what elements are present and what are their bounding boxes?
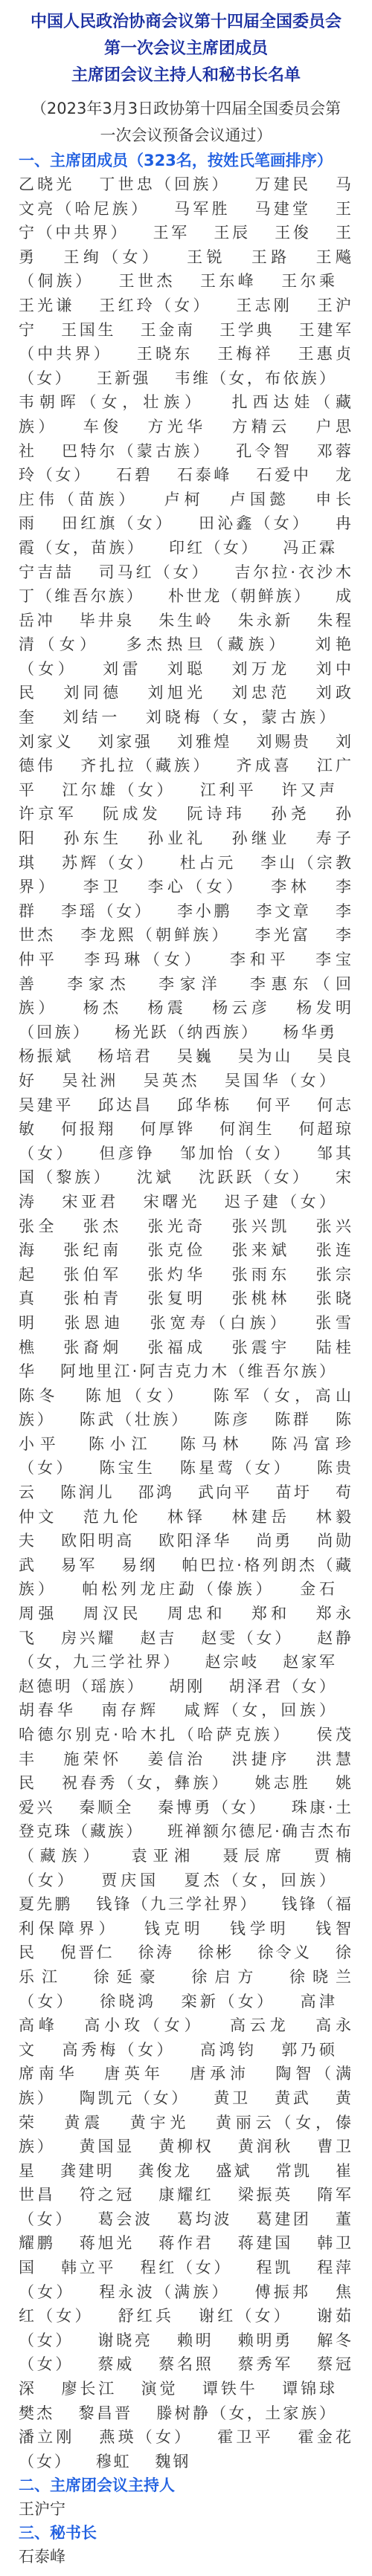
member-name: 谢红（女）: [199, 2307, 292, 2325]
member-name: 傅振邦: [255, 2283, 312, 2301]
member-name: 滕树静（女，土家族）: [156, 2404, 337, 2422]
member-name: 张纪南: [63, 1241, 122, 1259]
member-name: 杨振斌: [19, 1047, 74, 1065]
member-name: 杜占元: [180, 854, 237, 872]
member-name: 冯正霖: [283, 539, 337, 557]
member-name: 王志刚: [236, 297, 292, 314]
member-name: 万建民: [255, 175, 312, 193]
member-name: 夏先鹏: [19, 1895, 72, 1913]
member-name: 易纲: [121, 1556, 158, 1574]
member-name: 刘雅煌: [177, 733, 232, 751]
member-name: 苗圩: [276, 1483, 312, 1501]
member-name: 田沁鑫（女）: [199, 514, 311, 532]
member-name: 齐成喜: [236, 757, 292, 774]
member-name: 石泰峰: [177, 466, 232, 484]
member-name: 方精云: [232, 418, 291, 436]
member-name: 高小玫（女）: [84, 2016, 204, 2034]
member-name: 张灼华: [147, 1266, 206, 1284]
member-name: 吴社洲: [62, 1072, 118, 1090]
member-name: 王辰: [214, 224, 250, 242]
member-name: 杨杰: [83, 999, 123, 1017]
document-page: 中国人民政治协商会议第十四届全国委员会 第一次会议主席团成员 主席团会议主持人和…: [0, 0, 372, 2576]
member-name: 阿地里江·阿吉克力木（维吾尔族）: [60, 1362, 337, 1380]
member-name: 陶凯元（女）: [80, 2089, 190, 2107]
member-name: 演觉: [141, 2380, 179, 2398]
member-name: 车俊: [83, 418, 123, 436]
presidium-member-list: 乙晓光 丁世忠（回族） 万建民 马文亮（哈尼族） 马军胜 马建堂 王宁（中共界）…: [19, 172, 353, 2473]
section-heading-meeting-host: 二、主席团会议主持人: [19, 2473, 353, 2497]
member-name: 陈马林: [180, 1435, 244, 1453]
member-name: 唐承沛: [190, 2065, 250, 2083]
member-name: 王尔乘: [281, 272, 337, 290]
member-name: 巴特尔（蒙古族）: [62, 442, 211, 460]
member-name: 王新强: [97, 369, 151, 387]
member-name: 李光富: [255, 926, 312, 944]
member-name: 潘立刚: [19, 2428, 75, 2446]
member-name: 蒋建国: [238, 2234, 293, 2252]
member-name: 刘家义: [19, 733, 74, 751]
member-name: 钱克明: [144, 1920, 205, 1938]
title-line-3: 主席团会议主持人和秘书长名单: [19, 62, 353, 89]
member-name: 帕松列龙庄勐（傣族）: [82, 1580, 275, 1598]
member-name: 江尔雄（女）: [62, 781, 175, 799]
member-name: 周汉民: [83, 1605, 142, 1622]
member-name: 龚俊龙: [138, 2162, 193, 2180]
member-name: 赖明: [177, 2331, 214, 2349]
member-name: 马军胜: [174, 200, 231, 218]
member-name: 吴建平: [19, 1096, 74, 1114]
member-name: 葛均波: [177, 2210, 232, 2228]
member-name: 谭铁牛: [202, 2380, 258, 2398]
member-name: 卢国懿: [230, 491, 290, 508]
member-name: 胡春华: [19, 1701, 77, 1719]
member-name: 迟子建（女）: [225, 1193, 337, 1211]
member-name: 许又声: [281, 781, 337, 799]
member-name: 钱学明: [230, 1920, 290, 1938]
member-name: 咸辉（女，回族）: [185, 1701, 337, 1719]
member-name: 王晓东: [137, 345, 193, 363]
member-name: 印红（女）: [169, 539, 259, 557]
member-name: 苏辉（女）: [62, 854, 155, 872]
member-name: 王世杰: [119, 272, 176, 290]
member-name: 李家杰: [67, 975, 131, 993]
member-name: 孙业礼: [147, 829, 206, 847]
member-name: 康耀红: [158, 2186, 214, 2204]
member-name: 王光谦: [19, 297, 75, 314]
member-name: 赵吉: [141, 1629, 177, 1647]
member-name: 韩立平: [61, 2259, 116, 2276]
member-name: 韦朝晖（女，壮族）: [19, 393, 205, 411]
member-name: 方光华: [147, 418, 206, 436]
member-name: 龚建明: [60, 2162, 115, 2180]
member-name: 赵雯（女）: [201, 1629, 293, 1647]
member-name: 祝春秀（女，彝族）: [62, 1774, 231, 1792]
member-name: 何润生: [219, 1120, 275, 1138]
member-name: 李和平: [230, 951, 290, 968]
member-name: 蔡秀军: [238, 2355, 293, 2373]
member-name: 李家洋: [158, 975, 222, 993]
member-name: 陈润儿: [60, 1483, 115, 1501]
member-name: 石爱中: [257, 466, 312, 484]
member-name: 刘万龙: [232, 660, 291, 678]
member-name: 张全: [19, 1217, 58, 1235]
member-name: 杨华勇: [283, 1023, 337, 1041]
member-name: 葛建团: [257, 2210, 312, 2228]
member-name: 吴为山: [238, 1047, 293, 1065]
member-name: 谢晓亮: [98, 2331, 153, 2349]
member-name: 赖明勇: [238, 2331, 293, 2349]
member-name: 王学典: [219, 321, 275, 339]
section-meeting-host: 二、主席团会议主持人 王沪宁: [19, 2473, 353, 2521]
member-name: 程永波（满族）: [99, 2283, 230, 2301]
member-name: 杨培君: [98, 1047, 153, 1065]
member-name: 张柏青: [63, 1289, 122, 1307]
member-name: 程红（女）: [141, 2259, 233, 2276]
member-name: 周强: [19, 1605, 58, 1622]
member-name: 易军: [61, 1556, 97, 1574]
member-name: 张震宇: [232, 1339, 291, 1356]
member-name: 毕井泉: [80, 612, 135, 630]
member-name: 李龙熙（朝鲜族）: [80, 926, 230, 944]
member-name: 高秀梅（女）: [62, 2041, 175, 2059]
member-name: 贾庆国: [101, 1871, 159, 1889]
member-name: 韦维（女，布依族）: [175, 369, 337, 387]
member-name: 黄柳权: [158, 2138, 214, 2155]
member-name: 金石: [300, 1580, 337, 1598]
member-name: 徐令义: [257, 1944, 312, 1961]
member-name: 施荣怀: [63, 1750, 122, 1768]
member-name: 朴世龙（朝鲜族）: [168, 587, 312, 605]
member-name: 李心（女）: [147, 878, 246, 896]
section-heading-presidium: 一、主席团成员（323名，按姓氏笔画排序）: [19, 149, 353, 172]
member-name: 黎昌晋: [79, 2404, 133, 2422]
member-name: 李文章: [257, 902, 312, 920]
member-name: 蒋作君: [158, 2234, 214, 2252]
member-name: 魏钢: [155, 2453, 190, 2470]
member-name: 樊杰: [19, 2404, 55, 2422]
member-name: 齐扎拉（藏族）: [80, 757, 211, 774]
member-name: 孙尧: [271, 805, 310, 823]
member-name: 何报翔: [61, 1120, 116, 1138]
member-name: 阮诗玮: [187, 805, 246, 823]
member-name: 高峰: [19, 2016, 59, 2034]
member-name: 王国生: [61, 321, 116, 339]
member-name: 刘忠范: [232, 684, 291, 702]
title-line-2: 第一次会议主席团成员: [19, 36, 353, 62]
member-name: 哈德尔别克·哈木扎（哈萨克族）: [19, 1726, 292, 1744]
member-name: 何平: [257, 1096, 293, 1114]
member-name: 高云龙: [230, 2016, 290, 2034]
member-name: 洪捷序: [232, 1750, 291, 1768]
member-name: 王绚（女）: [63, 248, 161, 266]
member-name: 廖长江: [61, 2380, 117, 2398]
member-name: 徐涛: [138, 1944, 174, 1961]
member-name: 倪晋仁: [60, 1944, 115, 1961]
member-name: 张兴凯: [232, 1217, 291, 1235]
member-name: 房兴耀: [61, 1629, 116, 1647]
member-name: 陈旭（女）: [86, 1387, 187, 1405]
member-name: 高鸿钧: [200, 2041, 257, 2059]
member-name: 刘晓梅（女，蒙古族）: [146, 708, 337, 726]
member-name: 李林: [271, 878, 310, 896]
section-heading-secretary-general: 三、秘书长: [19, 2521, 353, 2545]
member-name: 袁亚湘: [132, 1847, 196, 1865]
member-name: 张伯军: [63, 1266, 122, 1284]
member-name: 姜信治: [147, 1750, 206, 1768]
member-name: 徐启方: [191, 1968, 260, 1986]
member-name: 王东峰: [200, 272, 257, 290]
section-presidium-members: 一、主席团成员（323名，按姓氏笔画排序） 乙晓光 丁世忠（回族） 万建民 马文…: [19, 149, 353, 2473]
member-name: 程凯: [257, 2259, 293, 2276]
member-name: 王军: [153, 224, 190, 242]
member-name: 多杰热旦（藏族）: [126, 635, 289, 653]
member-name: 黄武: [275, 2089, 311, 2107]
member-name: 席南华: [19, 2065, 79, 2083]
member-name: 欧阳明高: [61, 1532, 135, 1550]
member-name: 李小鹏: [177, 902, 232, 920]
member-name: 盛斌: [216, 2162, 251, 2180]
member-name: 徐晓鸿: [100, 1993, 156, 2010]
member-name: 刘雷: [103, 660, 142, 678]
member-name: 刘聪: [167, 660, 207, 678]
member-name: 黄宇光: [130, 2114, 190, 2132]
member-name: 司马红（女）: [99, 563, 211, 581]
member-name: 陈群: [275, 1411, 311, 1428]
member-name: 刘赐贵: [257, 733, 312, 751]
member-name: 栾新（女）: [182, 1993, 276, 2010]
member-name: 秦博勇（女）: [158, 1799, 267, 1816]
member-name: 但彦铮: [99, 1145, 155, 1162]
member-name: 张来斌: [232, 1241, 291, 1259]
member-name: 高津: [301, 1993, 337, 2010]
member-name: 乙晓光: [19, 175, 75, 193]
member-name: 聂辰席: [222, 1847, 286, 1865]
title-line-1: 中国人民政治协商会议第十四届全国委员会: [19, 9, 353, 36]
member-name: 秦顺全: [79, 1799, 134, 1816]
member-name: 沈斌: [137, 1168, 174, 1186]
member-name: 刘家强: [98, 733, 153, 751]
member-name: 武向平: [198, 1483, 252, 1501]
document-subtitle: （2023年3月3日政协第十四届全国委员会第一次会议预备会议通过）: [19, 95, 353, 149]
member-name: 张恩迪: [64, 1314, 124, 1332]
document-title: 中国人民政治协商会议第十四届全国委员会 第一次会议主席团成员 主席团会议主持人和…: [19, 9, 353, 89]
member-name: 王红玲（女）: [99, 297, 211, 314]
member-name: 陈彦: [214, 1411, 250, 1428]
member-name: 穆虹: [96, 2453, 132, 2470]
member-name: 黄国显: [80, 2138, 135, 2155]
member-name: 孔令智: [236, 442, 292, 460]
member-name: 赵宗岐: [205, 1653, 260, 1671]
member-name: 张克俭: [147, 1241, 206, 1259]
member-name: 陈宝生: [99, 1459, 155, 1477]
member-name: 王金南: [141, 321, 196, 339]
member-name: 林铎: [167, 1508, 207, 1526]
member-name: 刘结一: [63, 708, 121, 726]
member-name: 石碧: [116, 466, 153, 484]
member-name: 赵家军: [283, 1653, 337, 1671]
member-name: 梁振英: [238, 2186, 293, 2204]
member-name: 阮成发: [103, 805, 161, 823]
member-name: 郑和: [251, 1605, 291, 1622]
member-name: 吴国华（女）: [225, 1072, 337, 1090]
secretary-general-name: 石泰峰: [19, 2545, 353, 2569]
member-name: 尚勇: [257, 1532, 293, 1550]
member-name: 徐彬: [198, 1944, 234, 1961]
meeting-host-name: 王沪宁: [19, 2497, 353, 2521]
member-name: 吴英杰: [144, 1072, 200, 1090]
member-name: 林建岳: [232, 1508, 291, 1526]
member-name: 马建堂: [255, 200, 312, 218]
member-name: 张桃林: [232, 1289, 291, 1307]
member-name: 王俊: [275, 224, 311, 242]
member-name: 蒋旭光: [80, 2234, 135, 2252]
member-name: 李瑶（女）: [61, 902, 153, 920]
member-name: 卢柯: [164, 491, 205, 508]
member-name: 张杰: [83, 1217, 123, 1235]
member-name: 常凯: [276, 2162, 312, 2180]
member-name: 范九伦: [83, 1508, 142, 1526]
member-name: 黄润秋: [238, 2138, 293, 2155]
member-name: 孙继业: [232, 829, 291, 847]
member-name: 朱生岭: [158, 612, 214, 630]
member-name: 宁吉喆: [19, 563, 74, 581]
section-secretary-general: 三、秘书长 石泰峰: [19, 2521, 353, 2569]
member-name: 李卫: [83, 878, 123, 896]
member-name: 黄卫: [214, 2089, 250, 2107]
member-name: 郭乃硕: [281, 2041, 337, 2059]
member-name: 钱锋（九三学社界）: [96, 1895, 257, 1913]
member-name: 陈武（壮族）: [80, 1411, 190, 1428]
member-name: 宋曙光: [144, 1193, 200, 1211]
member-name: 王梅祥: [217, 345, 274, 363]
member-name: 胡刚: [169, 1677, 205, 1695]
member-name: 葛会波: [98, 2210, 153, 2228]
member-name: 霍卫平: [217, 2428, 274, 2446]
member-name: 王路: [251, 248, 291, 266]
member-name: 宋亚君: [62, 1193, 118, 1211]
member-name: 舒红兵: [118, 2307, 175, 2325]
member-name: 张雨东: [232, 1266, 291, 1284]
member-name: 黄震: [64, 2114, 104, 2132]
member-name: 张宽寿（白族）: [150, 1314, 290, 1332]
member-name: 邱华栋: [177, 1096, 232, 1114]
member-name: 欧阳泽华: [158, 1532, 232, 1550]
member-name: 江利平: [200, 781, 257, 799]
member-name: 孙东生: [63, 829, 122, 847]
member-name: 赵德明（瑶族）: [19, 1677, 145, 1695]
member-name: 胡泽君（女）: [229, 1677, 337, 1695]
member-name: 邱达昌: [98, 1096, 153, 1114]
member-name: 丁世忠（回族）: [99, 175, 230, 193]
member-name: 刘同德: [63, 684, 122, 702]
member-name: 李玛琳（女）: [84, 951, 204, 968]
member-name: 蔡威: [98, 2355, 135, 2373]
member-name: 张光奇: [147, 1217, 206, 1235]
member-name: 周忠和: [167, 1605, 226, 1622]
member-name: 张福成: [147, 1339, 206, 1356]
member-name: 邹加怡（女）: [180, 1145, 292, 1162]
member-name: 符之冠: [80, 2186, 135, 2204]
member-name: 燕瑛（女）: [99, 2428, 193, 2446]
member-name: 陈小江: [89, 1435, 153, 1453]
member-name: 南存辉: [101, 1701, 159, 1719]
member-name: 王锐: [187, 248, 226, 266]
member-name: 陈星莺（女）: [180, 1459, 292, 1477]
member-name: 何厚铧: [141, 1120, 196, 1138]
member-name: 杨光跃（纳西族）: [115, 1023, 259, 1041]
member-name: 吴巍: [177, 1047, 214, 1065]
member-name: 杨云彦: [212, 999, 271, 1017]
member-name: 夏杰（女，回族）: [185, 1871, 337, 1889]
member-name: 蔡名照: [158, 2355, 214, 2373]
member-name: 刘旭光: [147, 684, 206, 702]
member-name: 田红旗（女）: [62, 514, 174, 532]
member-name: 姚志胜: [255, 1774, 312, 1792]
member-name: 陈冬: [19, 1387, 60, 1405]
member-name: 沈跃跃（女）: [199, 1168, 311, 1186]
member-name: 唐英年: [104, 2065, 164, 2083]
member-name: 谭锦球: [282, 2380, 337, 2398]
member-name: 张裔炯: [63, 1339, 122, 1356]
member-name: 朱永新: [238, 612, 293, 630]
member-name: 许京军: [19, 805, 77, 823]
member-name: 张复明: [147, 1289, 206, 1307]
member-name: 徐延豪: [94, 1968, 163, 1986]
member-name: 邵鸿: [138, 1483, 174, 1501]
member-name: 杨震: [147, 999, 187, 1017]
